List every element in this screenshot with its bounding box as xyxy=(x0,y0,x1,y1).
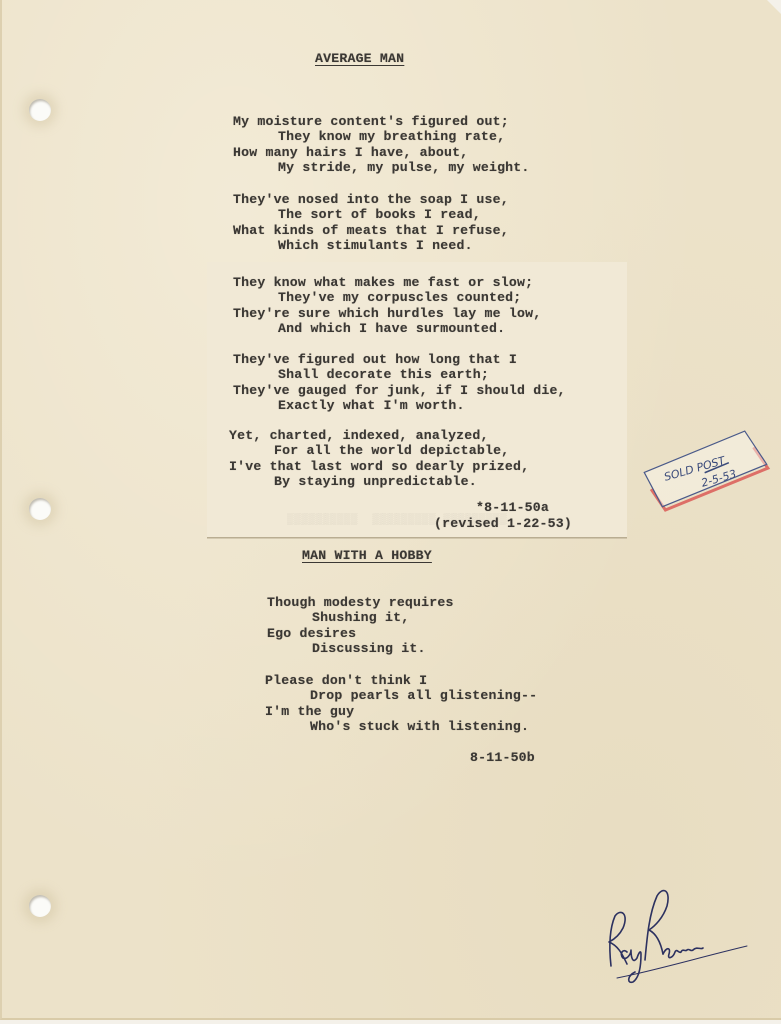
poem-line: Shall decorate this earth; xyxy=(233,367,566,382)
poem-line: I'm the guy xyxy=(265,704,537,719)
poem-line: They've nosed into the soap I use, xyxy=(233,192,509,207)
poem1-stanza-1: My moisture content's figured out;They k… xyxy=(233,114,530,176)
poem-line: Discussing it. xyxy=(267,641,454,656)
poem-title-man-with-a-hobby: MAN WITH A HOBBY xyxy=(302,548,432,563)
poem-line: Drop pearls all glistening-- xyxy=(265,688,537,703)
poem-line: By staying unpredictable. xyxy=(229,474,529,489)
poem-line: They've figured out how long that I xyxy=(233,352,566,367)
poem-line: My stride, my pulse, my weight. xyxy=(233,160,530,175)
poem-line: My moisture content's figured out; xyxy=(233,114,530,129)
author-signature: Ray Romine xyxy=(597,878,757,988)
poem-line: Shushing it, xyxy=(267,610,454,625)
poem-line: Which stimulants I need. xyxy=(233,238,509,253)
poem-line: Ego desires xyxy=(267,626,454,641)
poem-line: The sort of books I read, xyxy=(233,207,509,222)
poem2-date-code: 8-11-50b xyxy=(470,750,535,765)
sold-post-annotation: SOLD POST 2-5-53 xyxy=(642,425,772,515)
manuscript-page: ▒▒▒▒▒▒▒▒▒▒ ▒▒▒▒▒▒▒▒▒ ▒▒▒▒▒▒▒▒▒ AVERAGE M… xyxy=(0,0,781,1020)
poem2-stanza-1: Though modesty requiresShushing it,Ego d… xyxy=(267,595,454,657)
poem1-stanza-3: They know what makes me fast or slow;The… xyxy=(233,275,541,337)
punch-hole-middle xyxy=(29,498,51,520)
poem-line: They're sure which hurdles lay me low, xyxy=(233,306,541,321)
poem1-date-code: *8-11-50a xyxy=(476,500,549,515)
poem-line: Yet, charted, indexed, analyzed, xyxy=(229,428,529,443)
poem-line: They know my breathing rate, xyxy=(233,129,530,144)
poem1-revised-date: (revised 1-22-53) xyxy=(434,516,572,531)
poem-line: I've that last word so dearly prized, xyxy=(229,459,529,474)
poem1-stanza-4: They've figured out how long that IShall… xyxy=(233,352,566,414)
poem-line: And which I have surmounted. xyxy=(233,321,541,336)
poem-line: How many hairs I have, about, xyxy=(233,145,530,160)
poem-line: What kinds of meats that I refuse, xyxy=(233,223,509,238)
poem-line: They know what makes me fast or slow; xyxy=(233,275,541,290)
poem-line: They've my corpuscles counted; xyxy=(233,290,541,305)
poem-line: Though modesty requires xyxy=(267,595,454,610)
page-corner xyxy=(767,0,781,14)
punch-hole-bottom xyxy=(29,895,51,917)
poem-line: For all the world depictable, xyxy=(229,443,529,458)
poem-line: Exactly what I'm worth. xyxy=(233,398,566,413)
punch-hole-top xyxy=(29,99,51,121)
poem-line: Please don't think I xyxy=(265,673,537,688)
poem-line: They've gauged for junk, if I should die… xyxy=(233,383,566,398)
poem1-stanza-2: They've nosed into the soap I use,The so… xyxy=(233,192,509,254)
poem-title-average-man: AVERAGE MAN xyxy=(315,51,404,66)
poem2-stanza-2: Please don't think IDrop pearls all glis… xyxy=(265,673,537,735)
poem1-stanza-5: Yet, charted, indexed, analyzed,For all … xyxy=(229,428,529,490)
poem-line: Who's stuck with listening. xyxy=(265,719,537,734)
